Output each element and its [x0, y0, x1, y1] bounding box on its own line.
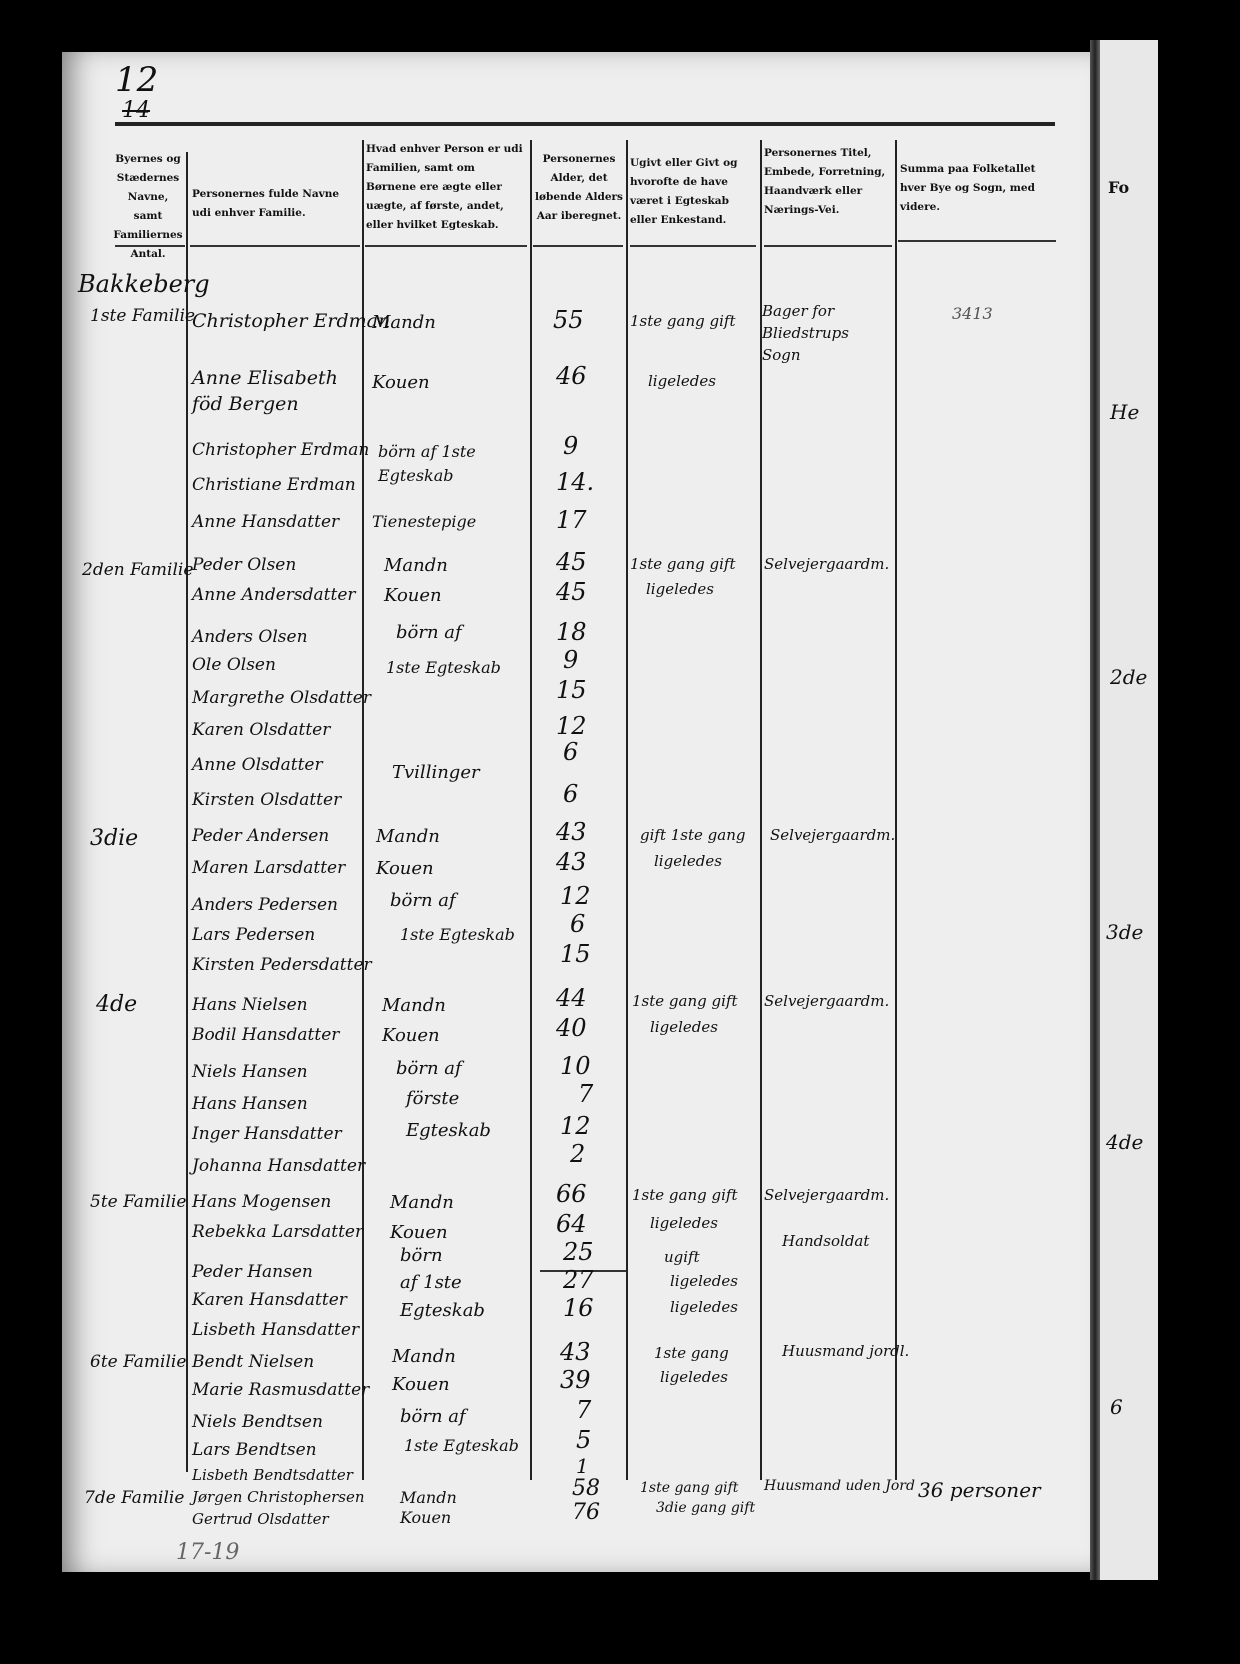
relation: Kouen	[384, 585, 442, 606]
family-label: 3die	[90, 826, 138, 851]
person-name: Anders Pedersen	[192, 895, 338, 915]
marital-status: ligeledes	[650, 1214, 718, 1232]
person-name: Gertrud Olsdatter	[192, 1510, 329, 1528]
marital-status: ligeledes	[646, 580, 714, 598]
age: 46	[556, 362, 587, 390]
person-name: Niels Bendtsen	[192, 1412, 323, 1432]
summary-note: 3413	[952, 304, 993, 323]
family-label: 6te Familie	[90, 1352, 186, 1372]
age: 12	[556, 712, 587, 740]
relation: Kouen	[392, 1374, 450, 1395]
relation: Egteskab	[400, 1300, 485, 1321]
marital-status: ligeledes	[670, 1298, 738, 1316]
age: 76	[572, 1500, 600, 1525]
age: 6	[563, 738, 578, 766]
relation: börn af	[396, 1058, 462, 1079]
age: 5	[576, 1426, 591, 1454]
person-name: Marie Rasmusdatter	[192, 1380, 369, 1400]
page-gutter	[1090, 40, 1100, 1580]
header-occupation: Personernes Titel, Embede, Forretning, H…	[764, 144, 894, 220]
adjacent-label: 3de	[1106, 920, 1143, 944]
person-name: Peder Hansen	[192, 1262, 313, 1282]
person-name: Anne Hansdatter	[192, 512, 339, 532]
age: 43	[560, 1338, 591, 1366]
person-name: Lars Pedersen	[192, 925, 315, 945]
person-name: Maren Larsdatter	[192, 858, 345, 878]
relation: Mandn	[376, 826, 440, 847]
age: 58	[572, 1476, 600, 1501]
relation: Mandn	[400, 1488, 457, 1507]
header-rule	[190, 245, 360, 247]
age: 9	[563, 646, 578, 674]
marital-status: 1ste gang gift	[632, 992, 737, 1010]
occupation: Huusmand uden Jord	[764, 1478, 915, 1494]
occupation: Huusmand jordl.	[782, 1342, 909, 1360]
person-name: Kirsten Olsdatter	[192, 790, 341, 810]
person-name: Jørgen Christophersen	[192, 1488, 365, 1506]
header-summary: Summa paa Folketallet hver Bye og Sogn, …	[900, 160, 1056, 217]
family-label: 2den Familie	[82, 560, 193, 580]
age: 43	[556, 818, 587, 846]
person-name: Niels Hansen	[192, 1062, 308, 1082]
col-divider	[626, 140, 628, 1480]
age: 7	[576, 1396, 591, 1424]
person-name: Ole Olsen	[192, 655, 276, 675]
age: 18	[556, 618, 587, 646]
relation: börn af 1ste Egteskab	[378, 440, 518, 488]
relation: 1ste Egteskab	[404, 1436, 519, 1455]
person-name: Lisbeth Hansdatter	[192, 1320, 359, 1340]
age: 7	[578, 1080, 593, 1108]
adjacent-label: 4de	[1106, 1130, 1143, 1154]
age: 40	[556, 1014, 587, 1042]
age: 45	[556, 578, 587, 606]
adjacent-page	[1098, 40, 1158, 1580]
person-name: Anne Andersdatter	[192, 585, 356, 605]
age: 43	[556, 848, 587, 876]
relation: Tvillinger	[392, 762, 480, 783]
marital-status: 1ste gang gift	[630, 555, 735, 573]
relation: Kouen	[372, 372, 430, 393]
age: 15	[556, 676, 587, 704]
person-name: Karen Olsdatter	[192, 720, 330, 740]
adjacent-header-fragment: Fo	[1108, 178, 1129, 197]
person-name: Lars Bendtsen	[192, 1440, 317, 1460]
adjacent-label: 6	[1110, 1395, 1123, 1419]
relation: förste	[406, 1088, 459, 1109]
person-name: Hans Nielsen	[192, 995, 308, 1015]
col-divider	[362, 140, 364, 1480]
person-name: Peder Andersen	[192, 826, 329, 846]
person-name: Bendt Nielsen	[192, 1352, 314, 1372]
header-age: Personernes Alder, det løbende Alders Aa…	[534, 150, 624, 226]
relation: Kouen	[390, 1222, 448, 1243]
age: 9	[563, 432, 578, 460]
person-name: Bodil Hansdatter	[192, 1025, 339, 1045]
person-name: Anders Olsen	[192, 627, 308, 647]
adjacent-label: He	[1110, 400, 1139, 424]
age: 64	[556, 1210, 587, 1238]
page-number-sub: 14	[122, 98, 150, 123]
person-name: Inger Hansdatter	[192, 1124, 342, 1144]
person-name: Peder Olsen	[192, 555, 296, 575]
age: 10	[560, 1052, 591, 1080]
relation: börn af	[390, 890, 456, 911]
person-name: Christopher Erdman	[192, 310, 390, 332]
place-name: Bakkeberg	[78, 270, 210, 298]
header-rule	[365, 245, 527, 247]
marital-status: 1ste gang gift	[632, 1186, 737, 1204]
age: 6	[570, 910, 585, 938]
age: 17	[556, 506, 587, 534]
relation: Kouen	[400, 1508, 451, 1527]
person-name: Lisbeth Bendtsdatter	[192, 1466, 353, 1484]
person-name: Anne Elisabeth föd Bergen	[192, 365, 360, 417]
relation: börn	[400, 1245, 443, 1266]
age: 25	[563, 1238, 594, 1266]
age: 16	[563, 1294, 594, 1322]
header-rule	[898, 240, 1056, 242]
relation: 1ste Egteskab	[400, 925, 515, 944]
adjacent-label: 2de	[1110, 665, 1147, 689]
age: 14.	[556, 468, 594, 496]
col-divider	[530, 140, 532, 1480]
header-relation: Hvad enhver Person er udi Familien, samt…	[366, 140, 528, 235]
marital-status: ligeledes	[648, 372, 716, 390]
top-rule	[115, 122, 1055, 126]
marital-status: ligeledes	[670, 1272, 738, 1290]
footer-note: 17-19	[176, 1540, 239, 1565]
person-name: Margrethe Olsdatter	[192, 688, 371, 708]
person-name: Karen Hansdatter	[192, 1290, 347, 1310]
header-places: Byernes og Stædernes Navne, samt Familie…	[112, 150, 184, 264]
relation: Kouen	[382, 1025, 440, 1046]
age: 66	[556, 1180, 587, 1208]
relation: af 1ste	[400, 1272, 462, 1293]
age: 12	[560, 882, 591, 910]
occupation: Selvejergaardm.	[770, 826, 895, 844]
age: 6	[563, 780, 578, 808]
relation: börn af	[400, 1406, 466, 1427]
relation: 1ste Egteskab	[386, 658, 501, 677]
marital-status: ligeledes	[654, 852, 722, 870]
age: 44	[556, 984, 587, 1012]
header-rule	[533, 245, 623, 247]
age: 12	[560, 1112, 591, 1140]
family-label: 5te Familie	[90, 1192, 186, 1212]
marital-status: 1ste gang gift	[640, 1480, 738, 1496]
header-marital: Ugivt eller Givt og hvorofte de have vær…	[630, 154, 758, 230]
family-label: 4de	[96, 992, 137, 1017]
age: 2	[570, 1140, 585, 1168]
person-name: Johanna Hansdatter	[192, 1156, 365, 1176]
occupation: Handsoldat	[782, 1232, 869, 1250]
page-number: 12	[115, 60, 158, 100]
col-divider	[895, 140, 897, 1480]
marital-status: 1ste gang gift	[630, 312, 735, 330]
header-rule	[630, 245, 756, 247]
marital-status: ligeledes	[650, 1018, 718, 1036]
header-names: Personernes fulde Navne udi enhver Famil…	[192, 185, 360, 223]
relation: Mandn	[382, 995, 446, 1016]
family-label: 7de Familie	[84, 1488, 184, 1508]
family-label: 1ste Familie	[90, 306, 195, 326]
person-name: Rebekka Larsdatter	[192, 1222, 363, 1242]
summary-total: 36 personer	[918, 1478, 1041, 1502]
col-divider	[186, 152, 188, 1472]
relation: Tienestepige	[372, 512, 476, 531]
marital-status: ugift	[664, 1248, 700, 1266]
person-name: Hans Mogensen	[192, 1192, 331, 1212]
occupation: Selvejergaardm.	[764, 1186, 889, 1204]
relation: Kouen	[376, 858, 434, 879]
person-name: Christiane Erdman	[192, 475, 356, 495]
age: 39	[560, 1366, 591, 1394]
age: 45	[556, 548, 587, 576]
relation: Egteskab	[406, 1120, 491, 1141]
age: 15	[560, 940, 591, 968]
age: 27	[563, 1266, 594, 1294]
relation: Mandn	[384, 555, 448, 576]
marital-status: 1ste gang	[654, 1344, 729, 1362]
person-name: Christopher Erdman	[192, 440, 369, 460]
age: 1	[576, 1454, 589, 1478]
marital-status: gift 1ste gang	[640, 826, 745, 844]
header-rule	[764, 245, 892, 247]
relation: Mandn	[392, 1346, 456, 1367]
person-name: Hans Hansen	[192, 1094, 308, 1114]
occupation: Bager for Bliedstrups Sogn	[762, 300, 892, 366]
marital-status: ligeledes	[660, 1368, 728, 1386]
occupation: Selvejergaardm.	[764, 555, 889, 573]
marital-status: 3die gang gift	[656, 1500, 755, 1516]
relation: Mandn	[390, 1192, 454, 1213]
age: 55	[553, 306, 584, 334]
relation: börn af	[396, 622, 462, 643]
person-name: Anne Olsdatter	[192, 755, 323, 775]
relation: Mandn	[372, 312, 436, 333]
person-name: Kirsten Pedersdatter	[192, 955, 372, 975]
occupation: Selvejergaardm.	[764, 992, 889, 1010]
